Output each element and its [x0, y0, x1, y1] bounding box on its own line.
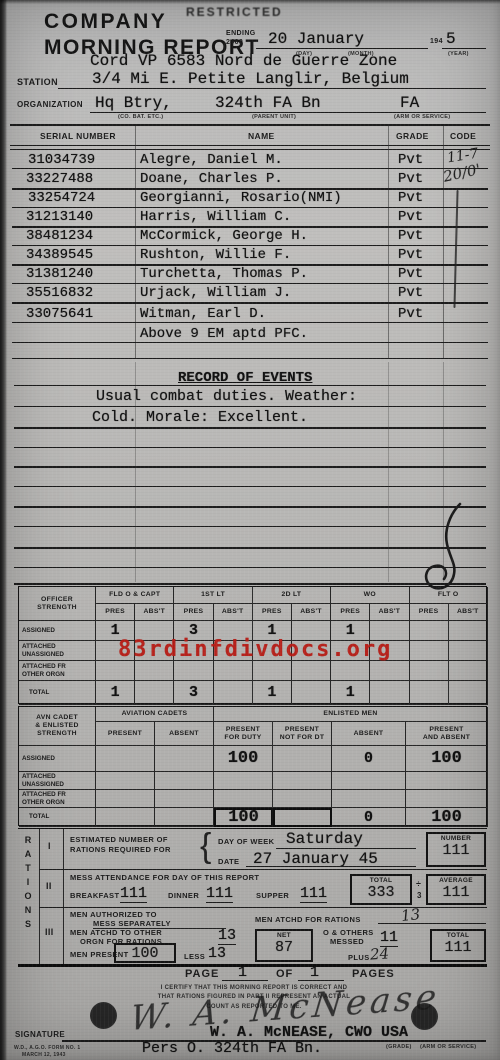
officer-cell — [449, 661, 488, 681]
roster-name: Witman, Earl D. — [140, 306, 266, 322]
rations-vline-1 — [39, 829, 40, 964]
officer-cell — [292, 681, 331, 705]
officer-row-label: ATTACHED UNASSIGNED — [19, 641, 96, 661]
date-underline — [256, 48, 428, 49]
officer-cell — [135, 681, 174, 705]
pages-underline — [298, 980, 344, 981]
enlisted-cell — [96, 746, 155, 772]
sub-l1: PRESENT — [226, 726, 260, 734]
men-auth-label-1: MEN AUTHORIZED TO — [70, 910, 157, 919]
sub-l1: PRESENT — [429, 726, 463, 734]
breakfast-label: BREAKFAST — [70, 891, 119, 900]
roster-rule — [12, 342, 488, 343]
officer-sub: PRES — [174, 604, 213, 621]
enlisted-cell — [214, 790, 273, 808]
enlisted-cell — [214, 772, 273, 790]
roster-serial: 31213140 — [26, 209, 93, 225]
dinner-value: 111 — [206, 885, 233, 903]
roster-serial: 34389545 — [26, 247, 93, 263]
number-label: NUMBER — [428, 835, 484, 842]
total-iii-box: TOTAL 111 — [430, 929, 486, 962]
grade-sublabel: (GRADE) — [386, 1044, 412, 1050]
number-box: NUMBER 111 — [426, 832, 486, 867]
officer-cell — [253, 661, 292, 681]
page-label: PAGE — [185, 968, 219, 980]
officer-cell — [214, 681, 253, 705]
section-i-label: I — [48, 841, 51, 851]
station-label: STATION — [17, 77, 58, 87]
roster-serial: 38481234 — [26, 228, 93, 244]
label-l2: OTHER ORGN — [22, 671, 65, 679]
station-value: 3/4 Mi E. Petite Langlir, Belgium — [92, 70, 409, 88]
estimated-label-1: ESTIMATED NUMBER OF — [70, 835, 168, 844]
rations-vline-2 — [63, 829, 64, 964]
officer-sub: ABS'T — [370, 604, 409, 621]
roster-serial: 31034739 — [28, 152, 95, 168]
enlisted-cell: 0 — [332, 808, 406, 827]
officer-cell — [449, 621, 488, 641]
organization-sublabel: (CO. BAT. ETC.) — [118, 114, 163, 120]
date-label: DATE — [218, 857, 239, 866]
roster-rule — [12, 322, 488, 323]
label-l2: OTHER ORGN — [22, 799, 65, 807]
officer-sub: PRES — [410, 604, 449, 621]
atchd-underline — [378, 923, 486, 924]
events-rule — [14, 466, 486, 468]
officer-cell: 1 — [331, 681, 370, 705]
men-atchd-rations-value: 13 — [400, 905, 421, 925]
corner-l3: STRENGTH — [37, 730, 77, 738]
sub-l1: PRESENT — [285, 726, 319, 734]
net-box: NET 87 — [255, 929, 313, 962]
roster-header-rule-2 — [10, 149, 490, 150]
officer-row-label: ASSIGNED — [19, 621, 96, 641]
roster-name: Turchetta, Thomas P. — [140, 266, 308, 282]
restricted-stamp: RESTRICTED — [186, 5, 283, 19]
dinner-label: DINNER — [168, 891, 199, 900]
men-present-box: 100 — [114, 943, 176, 963]
enlisted-row-label: ATTACHED FR OTHER ORGN — [19, 790, 96, 808]
enlisted-sub: PRESENT — [96, 722, 155, 746]
breakfast-value: 111 — [120, 885, 147, 903]
enlisted-group: AVIATION CADETS — [96, 707, 214, 722]
enlisted-cell — [273, 772, 332, 790]
year-underline — [442, 48, 486, 49]
officer-cell: 1 — [253, 681, 292, 705]
officer-cell — [410, 641, 449, 661]
pages-value: 1 — [310, 964, 319, 981]
label-l2: UNASSIGNED — [22, 651, 64, 659]
arm-sublabel: (ARM OR SERVICE) — [394, 114, 450, 120]
average-box: AVERAGE 111 — [426, 874, 486, 905]
punch-hole-left — [90, 1002, 117, 1029]
mess-attendance-label: MESS ATTENDANCE FOR DAY OF THIS REPORT — [70, 873, 259, 882]
roster-serial: 31381240 — [26, 266, 93, 282]
ending-label: ENDING — [226, 30, 256, 37]
officer-corner: OFFICER STRENGTH — [19, 587, 96, 621]
number-value: 111 — [428, 842, 484, 859]
enlisted-cell: 100 — [406, 746, 488, 772]
enlisted-corner: AVN CADET & ENLISTED STRENGTH — [19, 707, 96, 746]
events-rule — [14, 486, 486, 487]
year-sublabel: (YEAR) — [448, 51, 469, 57]
scan-edge-left — [0, 0, 7, 1060]
enlisted-cell — [155, 808, 214, 827]
officer-cell — [410, 621, 449, 641]
plus-label: PLUS — [348, 953, 370, 962]
roster-name: Georgianni, Rosario(NMI) — [140, 190, 342, 206]
enlisted-sub: ABSENT — [155, 722, 214, 746]
morning-report-document: RESTRICTED COMPANY MORNING REPORT ENDING… — [0, 0, 500, 1060]
roster-name: Harris, William C. — [140, 209, 291, 225]
officer-cell: 1 — [96, 681, 135, 705]
label-l1: ATTACHED FR — [22, 663, 66, 671]
label-l1: ATTACHED — [22, 773, 56, 781]
officer-cell — [370, 681, 409, 705]
label-l1: ATTACHED FR — [22, 791, 66, 799]
roster-grade: Pvt — [398, 190, 423, 206]
enlisted-cell — [155, 772, 214, 790]
roster-note: Above 9 EM aptd PFC. — [140, 326, 308, 342]
label-l1: ATTACHED — [22, 643, 56, 651]
events-line-2: Cold. Morale: Excellent. — [92, 409, 308, 426]
station-underline — [58, 88, 486, 89]
enlisted-sub: PRESENT FOR DUTY — [214, 722, 273, 746]
enlisted-group: ENLISTED MEN — [214, 707, 488, 722]
less-label: LESS — [184, 952, 205, 961]
events-rule — [14, 406, 486, 407]
year-prefix: 194 — [430, 38, 443, 45]
supper-label: SUPPER — [256, 891, 289, 900]
officer-sub: ABS'T — [135, 604, 174, 621]
enlisted-cell — [406, 772, 488, 790]
officer-cell — [174, 661, 213, 681]
scan-edge-top — [0, 0, 500, 4]
roster-rule — [12, 358, 488, 359]
pages-label: PAGES — [352, 968, 395, 980]
average-label: AVERAGE — [428, 877, 484, 884]
officer-sub: PRES — [253, 604, 292, 621]
roster-rule — [12, 168, 488, 169]
enlisted-cell — [155, 790, 214, 808]
enlisted-cell — [332, 772, 406, 790]
officer-cell — [449, 641, 488, 661]
enlisted-cell — [273, 808, 332, 827]
net-label: NET — [257, 932, 311, 939]
officer-sub: PRES — [96, 604, 135, 621]
enlisted-cell: 100 — [214, 746, 273, 772]
record-of-events-title: RECORD OF EVENTS — [178, 370, 312, 386]
roster-col-serial: SERIAL NUMBER — [40, 131, 116, 141]
plus-value: 24 — [369, 944, 389, 963]
total-box: TOTAL 333 — [350, 874, 412, 905]
officer-sub: PRES — [331, 604, 370, 621]
officer-cell: 3 — [174, 681, 213, 705]
organization-label: ORGANIZATION — [17, 100, 83, 109]
officer-sub: ABS'T — [449, 604, 488, 621]
events-rule — [14, 427, 486, 429]
enlisted-cell — [332, 790, 406, 808]
total-iii-label: TOTAL — [432, 932, 484, 939]
arm-of-service-value: FA — [400, 94, 419, 112]
section-ii-label: II — [46, 881, 52, 891]
watermark: 83rdinfdivdocs.org — [118, 637, 392, 662]
roster-serial: 33254724 — [28, 190, 95, 206]
roster-col-name: NAME — [248, 131, 275, 141]
day-of-week-value: Saturday — [286, 830, 363, 848]
organization-value: Hq Btry, — [95, 94, 172, 112]
enlisted-sub: PRESENT NOT FOR DT — [273, 722, 332, 746]
roster-col-grade: GRADE — [396, 131, 429, 141]
roster-grade: Pvt — [398, 285, 423, 301]
total-label: TOTAL — [352, 877, 410, 884]
officer-row-label: TOTAL — [19, 681, 96, 705]
unit-line: Pers O. 324th FA Bn. — [142, 1040, 322, 1057]
roster-serial: 33075641 — [26, 306, 93, 322]
events-rule — [14, 447, 486, 448]
officer-group: WO — [331, 587, 409, 604]
parent-unit-sublabel: (PARENT UNIT) — [252, 114, 296, 120]
men-atchd-rations-label: MEN ATCHD FOR RATIONS — [255, 915, 361, 924]
coordinates-line: Cord VP 6583 Nord de Guerre Zone — [90, 52, 397, 70]
signature-flourish — [416, 500, 476, 595]
o-others-label-1: O & OTHERS — [323, 928, 374, 937]
officer-corner-l1: OFFICER — [41, 596, 73, 604]
enlisted-sub: PRESENT AND ABSENT — [406, 722, 488, 746]
officer-cell — [410, 661, 449, 681]
officer-cell — [410, 681, 449, 705]
ending-time: 2400 — [226, 39, 243, 46]
roster-serial: 35516832 — [26, 285, 93, 301]
sub-l2: AND ABSENT — [423, 734, 470, 742]
men-atchd-other-label-1: MEN ATCHD TO OTHER — [70, 928, 162, 937]
section-iii-label: III — [45, 927, 54, 937]
officer-group: 2D LT — [253, 587, 331, 604]
enlisted-row-label: TOTAL — [19, 808, 96, 827]
page-underline — [222, 980, 268, 981]
enlisted-cell-total-duty: 100 — [214, 808, 273, 827]
rations-section: RATIONS I II III ESTIMATED NUMBER OF RAT… — [18, 828, 487, 967]
enlisted-cell — [273, 790, 332, 808]
form-date: MARCH 12, 1943 — [22, 1052, 66, 1058]
enlisted-cell — [406, 790, 488, 808]
events-rule — [14, 385, 486, 386]
officer-cell — [449, 681, 488, 705]
roster-grade: Pvt — [398, 152, 423, 168]
report-date-value: 20 January — [268, 30, 364, 48]
enlisted-cell — [96, 772, 155, 790]
arm-sublabel-2: (ARM OR SERVICE) — [420, 1044, 476, 1050]
form-number: W.D., A.G.O. FORM NO. 1 — [14, 1045, 80, 1051]
officer-sub: ABS'T — [214, 604, 253, 621]
page-value: 1 — [238, 964, 247, 981]
officer-corner-l2: STRENGTH — [37, 604, 77, 612]
enlisted-sub: ABSENT — [332, 722, 406, 746]
officer-cell — [370, 661, 409, 681]
net-value: 87 — [257, 939, 311, 956]
officer-cell — [331, 661, 370, 681]
brace-glyph: { — [200, 827, 211, 866]
officer-cell — [96, 661, 135, 681]
officer-cell — [292, 661, 331, 681]
total-iii-value: 111 — [432, 939, 484, 956]
corner-l1: AVN CADET — [36, 714, 78, 722]
roster-grade: Pvt — [398, 171, 423, 187]
estimated-label-2: RATIONS REQUIRED FOR — [70, 845, 171, 854]
roster-grade: Pvt — [398, 266, 423, 282]
enlisted-cell — [96, 790, 155, 808]
roster-col-code: CODE — [450, 131, 476, 141]
year-value: 5 — [446, 30, 456, 48]
enlisted-cell — [155, 746, 214, 772]
roster-rule — [12, 302, 488, 304]
roster-name: Rushton, Willie F. — [140, 247, 291, 263]
rations-side-label: RATIONS — [23, 835, 33, 933]
enlisted-cell: 100 — [406, 808, 488, 827]
enlisted-cell: 0 — [332, 746, 406, 772]
parent-unit-value: 324th FA Bn — [215, 94, 321, 112]
roster-name: Alegre, Daniel M. — [140, 152, 283, 168]
officer-cell — [214, 661, 253, 681]
men-present-value: 100 — [116, 945, 174, 963]
roster-grade: Pvt — [398, 247, 423, 263]
roster-name: McCormick, George H. — [140, 228, 308, 244]
corner-l2: & ENLISTED — [35, 722, 78, 730]
faint-vline — [388, 362, 389, 582]
day-of-week-label: DAY OF WEEK — [218, 837, 275, 846]
enlisted-row-label: ATTACHED UNASSIGNED — [19, 772, 96, 790]
officer-row-label: ATTACHED FR OTHER ORGN — [19, 661, 96, 681]
divide-sign: ÷ — [416, 879, 421, 889]
supper-value: 111 — [300, 885, 327, 903]
roster-grade: Pvt — [398, 209, 423, 225]
label-l2: UNASSIGNED — [22, 781, 64, 789]
enlisted-row-label: ASSIGNED — [19, 746, 96, 772]
officer-group: 1ST LT — [174, 587, 252, 604]
total-value: 333 — [352, 884, 410, 901]
of-label: OF — [276, 968, 293, 980]
rations-divider-2 — [39, 907, 487, 908]
average-value: 111 — [428, 884, 484, 901]
enlisted-cell — [273, 746, 332, 772]
rations-divider-1 — [39, 869, 487, 870]
roster-grade: Pvt — [398, 306, 423, 322]
officer-cell — [135, 661, 174, 681]
sub-l2: FOR DUTY — [224, 734, 261, 742]
enlisted-cell — [96, 808, 155, 827]
date-underline-2 — [246, 866, 416, 867]
officer-group: FLD O & CAPT — [96, 587, 174, 604]
roster-name: Doane, Charles P. — [140, 171, 283, 187]
sub-l2: NOT FOR DT — [280, 734, 325, 742]
less-value: 13 — [208, 945, 226, 962]
roster-grade: Pvt — [398, 228, 423, 244]
officer-sub: ABS'T — [292, 604, 331, 621]
faint-vline — [135, 362, 136, 582]
signature-label: SIGNATURE — [15, 1030, 65, 1039]
o-others-label-2: MESSED — [330, 937, 364, 946]
divide-by: 3 — [417, 891, 422, 900]
officer-group: FLT O — [410, 587, 488, 604]
roster-serial: 33227488 — [26, 171, 93, 187]
men-atchd-other-value: 13 — [218, 927, 236, 945]
signature-typed: W. A. McNEASE, CWO USA — [210, 1024, 408, 1041]
form-title-company: COMPANY — [44, 10, 167, 34]
roster-header-rule-1 — [10, 145, 490, 146]
roster-name: Urjack, William J. — [140, 285, 291, 301]
roster-top-rule — [10, 124, 490, 126]
enlisted-strength-table: AVN CADET & ENLISTED STRENGTH AVIATION C… — [18, 706, 487, 826]
